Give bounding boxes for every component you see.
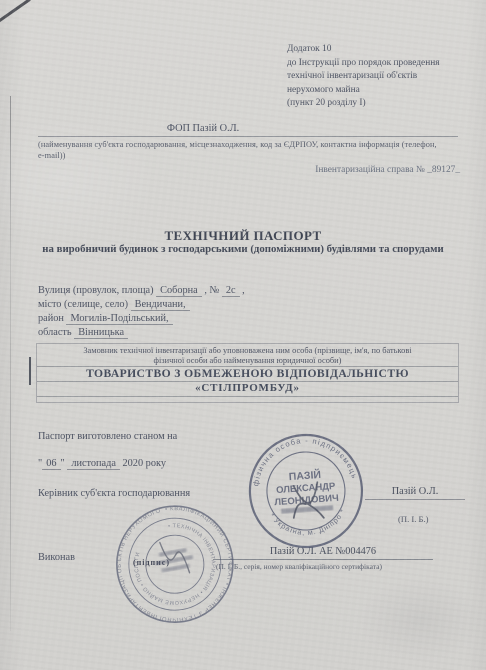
date-month: листопада bbox=[67, 458, 120, 470]
appendix-block: Додаток 10 до Інструкції про порядок про… bbox=[287, 43, 482, 111]
customer-caption-line1: Замовник технічної інвентаризації або уп… bbox=[37, 346, 458, 356]
city-value: Вендичани, bbox=[131, 299, 190, 311]
head-of-entity-name: Пазій О.Л. bbox=[365, 486, 465, 500]
date-year: 2020 року bbox=[120, 458, 166, 469]
street-number-value: 2с bbox=[222, 285, 240, 297]
stamp-center-smudge bbox=[159, 548, 187, 557]
appendix-line: Додаток 10 bbox=[287, 43, 482, 57]
scan-corner-artifact bbox=[0, 0, 31, 23]
entrepreneur-round-stamp: фізична особа - підприємець * Україна, м… bbox=[232, 422, 381, 561]
customer-name-line2: «СТІЛПРОМБУД» bbox=[37, 382, 458, 394]
street-value: Соборна bbox=[156, 285, 202, 297]
date-day: 06 bbox=[42, 458, 60, 470]
district-value: Могилів-Подільський, bbox=[66, 313, 172, 325]
customer-box: Замовник технічної інвентаризації або уп… bbox=[36, 343, 459, 403]
document-title: ТЕХНІЧНИЙ ПАСПОРТ bbox=[0, 228, 486, 244]
stamp-number-smudge bbox=[281, 505, 333, 514]
stamp-name-line1: ПАЗІЙ bbox=[288, 468, 321, 483]
region-label: область bbox=[38, 327, 72, 338]
scanned-page: Додаток 10 до Інструкції про порядок про… bbox=[0, 0, 486, 670]
address-region-row: область Вінницька bbox=[38, 327, 128, 338]
head-name-caption: (П. І. Б.) bbox=[398, 514, 428, 524]
signature-caption: (підпис) bbox=[133, 558, 170, 567]
address-district-row: район Могилів-Подільський, bbox=[38, 313, 173, 324]
appendix-line: технічної інвентаризації об'єктів bbox=[287, 70, 482, 84]
region-value: Вінницька bbox=[74, 327, 128, 339]
stamp-name-line2: ОЛЕКСАНДР bbox=[276, 481, 337, 496]
stamp-ring-top-text: фізична особа - підприємець bbox=[248, 432, 360, 487]
district-label: район bbox=[38, 313, 64, 324]
appendix-line: (пункт 20 розділу I) bbox=[287, 97, 482, 111]
customer-caption-line2: фізичної особи або найменування юридично… bbox=[37, 356, 458, 366]
street-label: Вулиця (провулок, площа) bbox=[38, 285, 154, 296]
handwritten-signature bbox=[291, 482, 323, 520]
inventory-case-label: Інвентаризаційна справа № bbox=[315, 165, 425, 175]
customer-name-line1: ТОВАРИСТВО З ОБМЕЖЕНОЮ ВІДПОВІДАЛЬНІСТЮ bbox=[37, 367, 458, 380]
executor-name-and-certificate: Пазій О.Л. АЕ №004476 bbox=[213, 546, 433, 560]
stamp-ring-bottom-text: * Україна, м. Дніпро * bbox=[267, 506, 349, 539]
scan-edge-artifact bbox=[10, 96, 11, 631]
document-subtitle: на виробничий будинок з господарськими (… bbox=[40, 243, 446, 257]
svg-text:фізична особа - підприємець: фізична особа - підприємець bbox=[248, 432, 360, 487]
street-number-sep: , № bbox=[204, 285, 219, 296]
stamp-name-line3: ЛЕОНІДОВИЧ bbox=[274, 493, 339, 508]
appendix-line: до Інструкції про порядок проведення bbox=[287, 57, 482, 71]
subject-underline bbox=[38, 136, 458, 137]
made-on-date: "06" листопада 2020 року bbox=[38, 458, 166, 469]
made-on-label: Паспорт виготовлено станом на bbox=[38, 431, 177, 442]
subject-caption-line2: e-mail)) bbox=[38, 151, 66, 160]
inventory-case-number: _89127_ bbox=[427, 165, 460, 175]
appendix-line: нерухомого майна bbox=[287, 84, 482, 98]
address-city-row: місто (селище, село) Вендичани, bbox=[38, 299, 190, 310]
address-street-row: Вулиця (провулок, площа) Соборна , № 2с … bbox=[38, 285, 245, 296]
executor-label: Виконав bbox=[38, 552, 75, 563]
scan-dash-artifact bbox=[29, 357, 31, 385]
svg-text:* Україна, м. Дніпро *: * Україна, м. Дніпро * bbox=[267, 506, 349, 539]
date-quote-close: " bbox=[61, 458, 65, 469]
head-of-entity-label: Керівник суб'єкта господарювання bbox=[38, 488, 190, 499]
executor-caption: (П. І. Б., серія, номер кваліфікаційного… bbox=[216, 562, 382, 571]
city-label: місто (селище, село) bbox=[38, 299, 128, 310]
street-number-tail: , bbox=[242, 285, 245, 296]
inventory-case: Інвентаризаційна справа № _89127_ bbox=[0, 165, 460, 175]
subject-name: ФОП Пазій О.Л. bbox=[38, 123, 368, 134]
subject-caption-line1: (найменування суб'єкта господарювання, м… bbox=[38, 140, 437, 149]
ruled-line bbox=[37, 396, 458, 397]
